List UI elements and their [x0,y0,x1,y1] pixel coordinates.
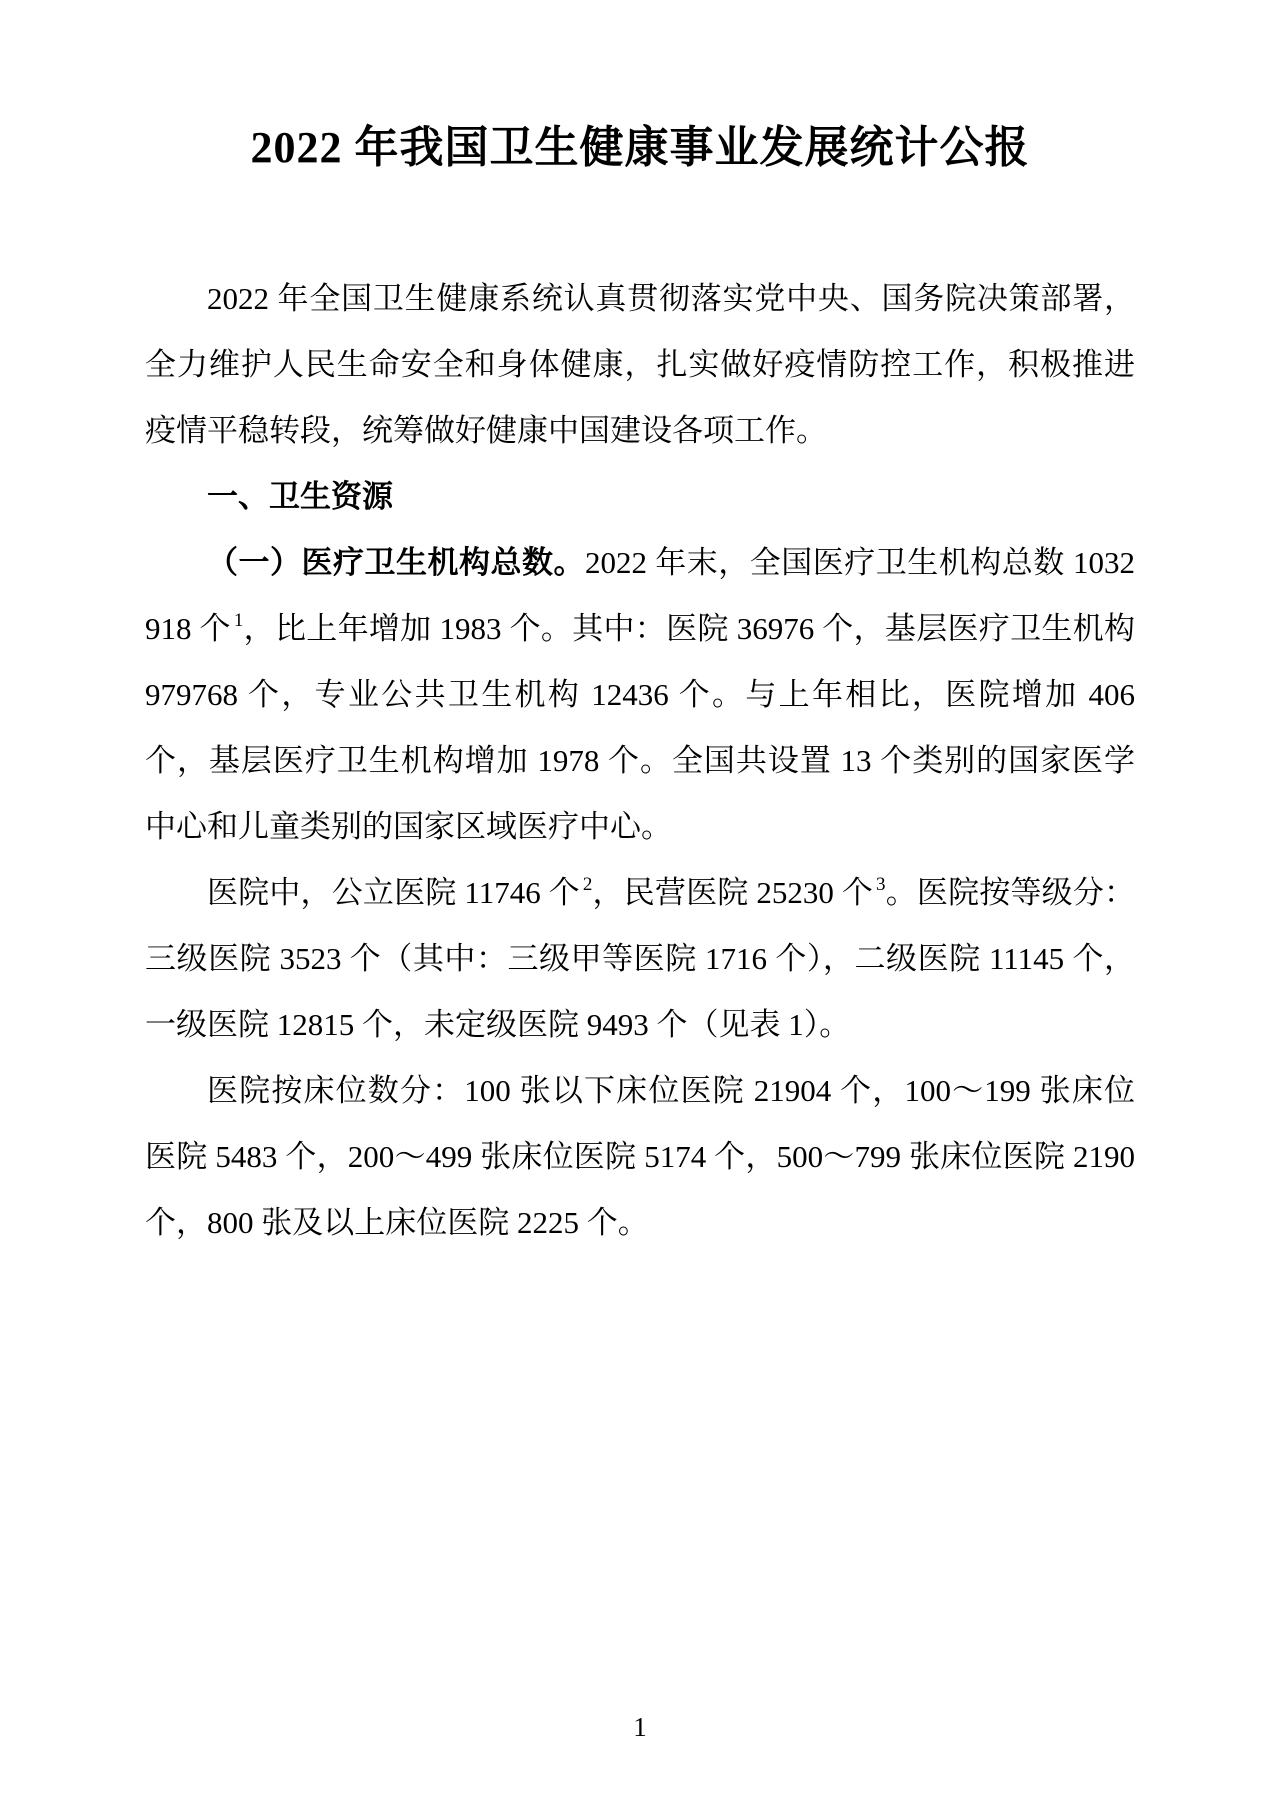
beds-paragraph-text: 医院按床位数分：100 张以下床位医院 21904 个，100～199 张床位医… [145,1073,1135,1240]
paragraph-medical-institutions: （一）医疗卫生机构总数。2022 年末，全国医疗卫生机构总数 1032918 个… [145,530,1135,860]
paragraph-lead-medical-institutions-total: （一）医疗卫生机构总数。 [207,545,585,580]
footnote-ref-3: 3 [876,874,886,895]
hospitals-text-1: 医院中，公立医院 11746 个 [207,875,580,910]
intro-paragraph-text: 2022 年全国卫生健康系统认真贯彻落实党中央、国务院决策部署，全力维护人民生命… [145,281,1135,448]
paragraph-hospital-classification: 医院中，公立医院 11746 个2，民营医院 25230 个3。医院按等级分：三… [145,860,1135,1058]
footnote-ref-1: 1 [234,610,244,631]
document-body: 2022 年全国卫生健康系统认真贯彻落实党中央、国务院决策部署，全力维护人民生命… [145,266,1135,1256]
intro-paragraph: 2022 年全国卫生健康系统认真贯彻落实党中央、国务院决策部署，全力维护人民生命… [145,266,1135,464]
section-heading-health-resources: 一、卫生资源 [145,464,1135,530]
document-title: 2022 年我国卫生健康事业发展统计公报 [145,118,1135,178]
institutions-text-2: ，比上年增加 1983 个。其中：医院 36976 个，基层医疗卫生机构 979… [145,611,1135,844]
hospitals-text-2: ，民营医院 25230 个 [592,875,873,910]
footnote-ref-2: 2 [583,874,593,895]
document-page: 2022 年我国卫生健康事业发展统计公报 2022 年全国卫生健康系统认真贯彻落… [0,0,1280,1810]
page-number: 1 [0,1712,1280,1743]
paragraph-hospital-beds: 医院按床位数分：100 张以下床位医院 21904 个，100～199 张床位医… [145,1058,1135,1256]
